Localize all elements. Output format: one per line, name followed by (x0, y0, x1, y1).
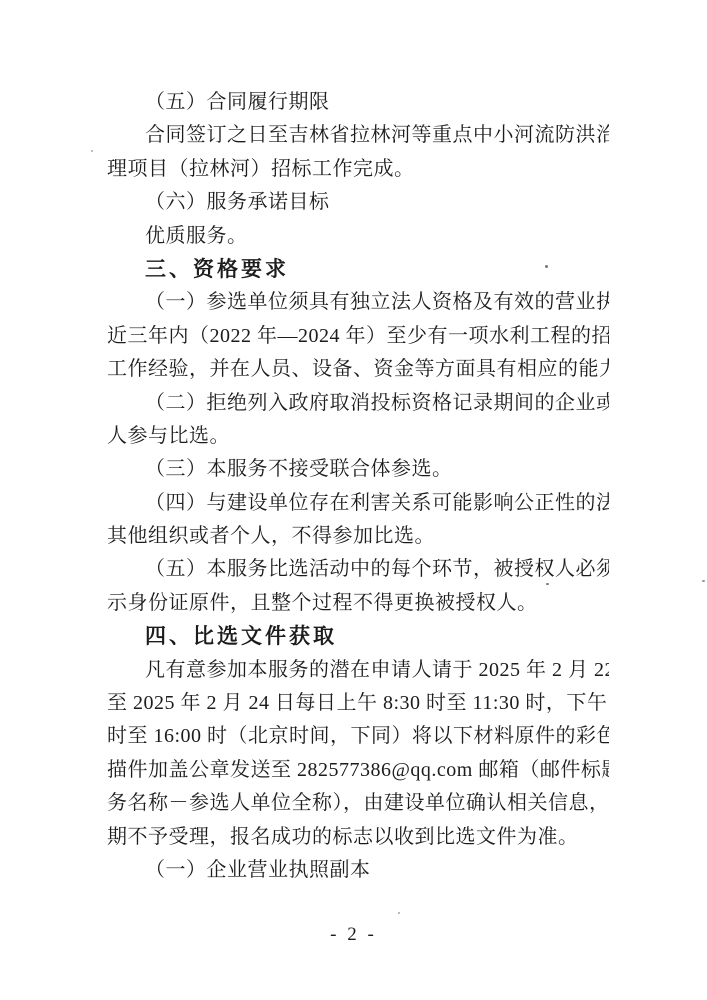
text-line: （三）本服务不接受联合体参选。 (107, 453, 609, 486)
text-line: 三、资格要求 (107, 253, 609, 286)
text-line: 凡有意参加本服务的潜在申请人请于 2025 年 2 月 22 日 (107, 654, 609, 687)
text-line: 人参与比选。 (107, 420, 609, 453)
text-line: 期不予受理，报名成功的标志以收到比选文件为准。 (107, 821, 609, 854)
scan-speck (317, 636, 319, 638)
text-line: （一）参选单位须具有独立法人资格及有效的营业执照， (107, 286, 609, 319)
text-line: 合同签订之日至吉林省拉林河等重点中小河流防洪治 (107, 119, 609, 152)
text-line: （四）与建设单位存在利害关系可能影响公正性的法人、 (107, 487, 609, 520)
text-line: 至 2025 年 2 月 24 日每日上午 8:30 时至 11:30 时，下午… (107, 687, 609, 720)
text-line: 时至 16:00 时（北京时间，下同）将以下材料原件的彩色扫 (107, 720, 609, 753)
text-line: 示身份证原件，且整个过程不得更换被授权人。 (107, 587, 609, 620)
scan-speck (546, 583, 549, 585)
page-number-label: - 2 - (0, 924, 707, 946)
document-page: （五）合同履行期限合同签订之日至吉林省拉林河等重点中小河流防洪治理项目（拉林河）… (0, 0, 707, 1000)
text-line: 优质服务。 (107, 220, 609, 253)
text-line: 工作经验，并在人员、设备、资金等方面具有相应的能力。 (107, 353, 609, 386)
text-line: （一）企业营业执照副本 (107, 854, 609, 887)
text-line: 理项目（拉林河）招标工作完成。 (107, 153, 609, 186)
text-line: 四、比选文件获取 (107, 620, 609, 653)
scan-speck (398, 912, 400, 914)
text-line: 近三年内（2022 年—2024 年）至少有一项水利工程的招标 (107, 320, 609, 353)
text-line: （二）拒绝列入政府取消投标资格记录期间的企业或个 (107, 387, 609, 420)
text-line: （五）合同履行期限 (107, 86, 609, 119)
text-line: 其他组织或者个人，不得参加比选。 (107, 520, 609, 553)
text-line: 务名称－参选人单位全称），由建设单位确认相关信息，过 (107, 787, 609, 820)
document-body: （五）合同履行期限合同签订之日至吉林省拉林河等重点中小河流防洪治理项目（拉林河）… (107, 86, 609, 887)
scan-speck (545, 265, 548, 268)
text-line: （五）本服务比选活动中的每个环节，被授权人必须出 (107, 553, 609, 586)
scan-speck (91, 150, 93, 152)
text-line: （六）服务承诺目标 (107, 186, 609, 219)
scan-speck (702, 580, 705, 582)
text-line: 描件加盖公章发送至 282577386@qq.com 邮箱（邮件标题服 (107, 754, 609, 787)
